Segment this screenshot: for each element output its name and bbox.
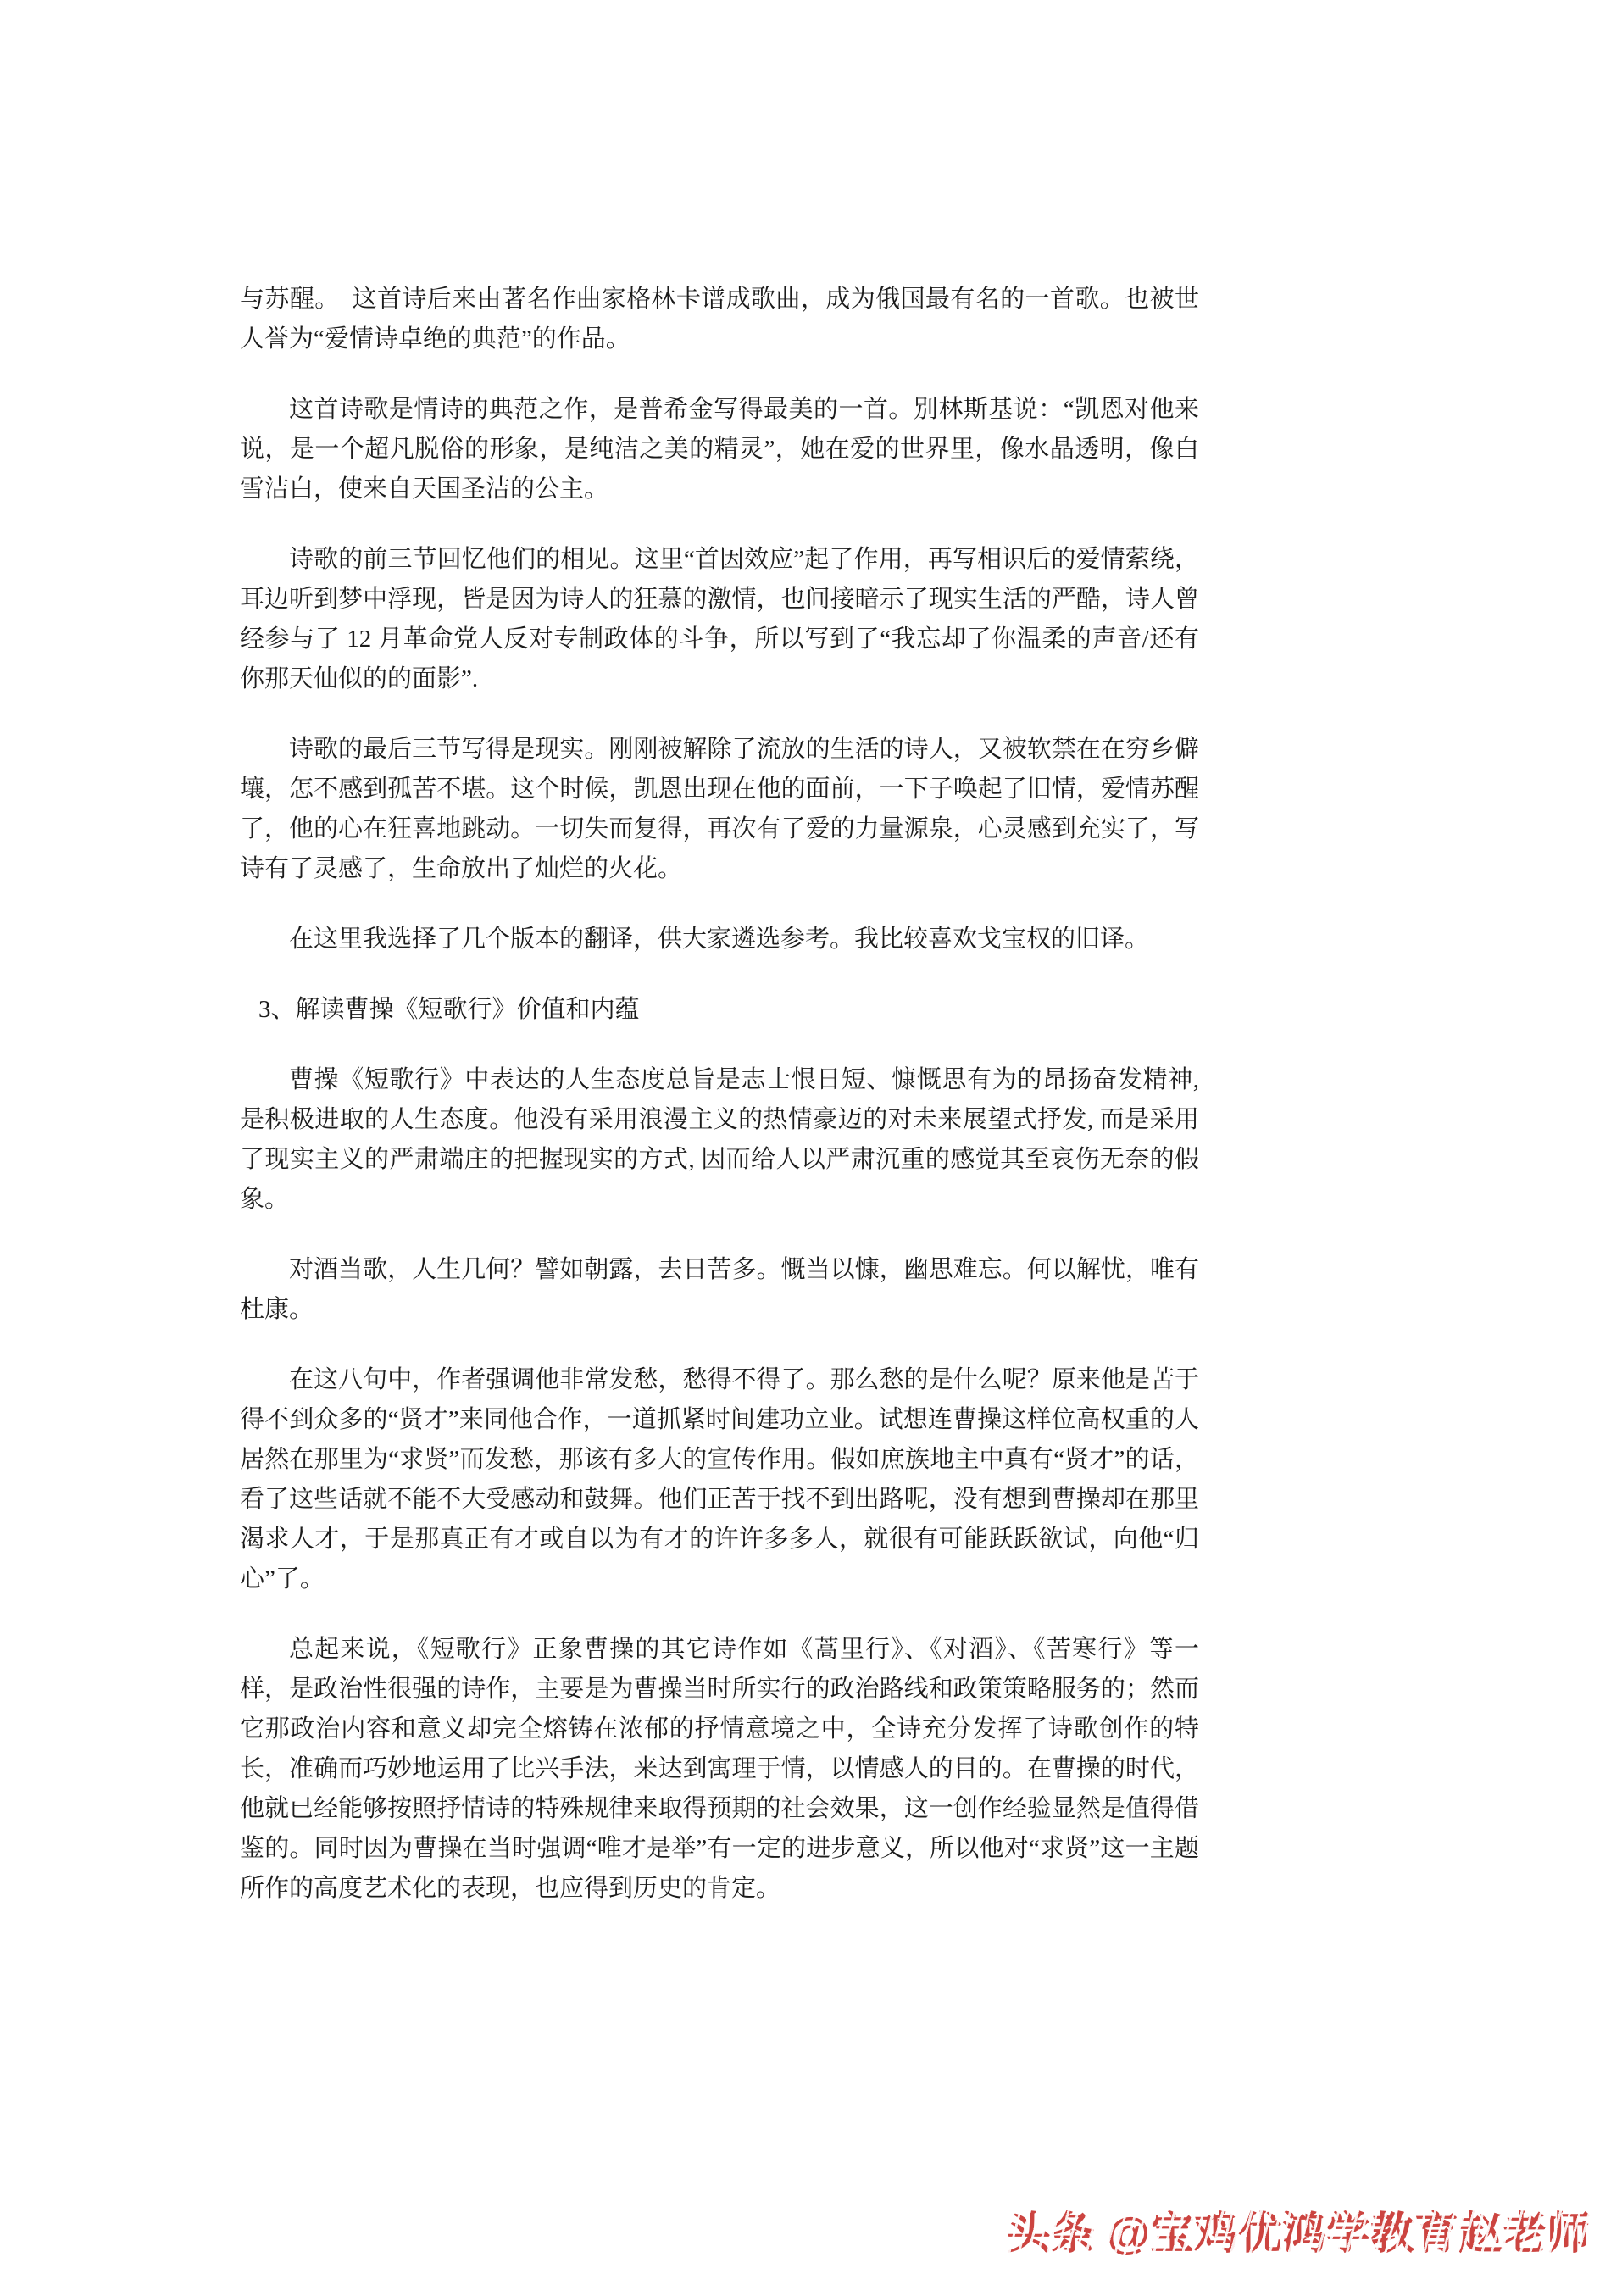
paragraph-p10: 总起来说，《短歌行》正象曹操的其它诗作如《蒿里行》、《对酒》、《苦寒行》等一样，… xyxy=(240,1630,1199,1909)
document-page: 与苏醒。 这首诗后来由著名作曲家格林卡谱成歌曲，成为俄国最有名的一首歌。也被世人… xyxy=(0,0,1622,2296)
paragraph-p7: 曹操《短歌行》中表达的人生态度总旨是志士恨日短、慷慨思有为的昂扬奋发精神, 是积… xyxy=(240,1060,1199,1220)
text-column: 与苏醒。 这首诗后来由著名作曲家格林卡谱成歌曲，成为俄国最有名的一首歌。也被世人… xyxy=(240,280,1199,1939)
paragraph-p5: 在这里我选择了几个版本的翻译，供大家遴选参考。我比较喜欢戈宝权的旧译。 xyxy=(240,920,1199,959)
paragraph-p2: 这首诗歌是情诗的典范之作，是普希金写得最美的一首。别林斯基说：“凯恩对他来说，是… xyxy=(240,390,1199,509)
toutiao-watermark: 头条 @宝鸡优鸿学教育赵老师 xyxy=(1007,2210,1591,2259)
paragraph-p4: 诗歌的最后三节写得是现实。刚刚被解除了流放的生活的诗人，又被软禁在在穷乡僻壤，怎… xyxy=(240,730,1199,889)
paragraph-p9: 在这八句中，作者强调他非常发愁，愁得不得了。那么愁的是什么呢？原来他是苦于得不到… xyxy=(240,1360,1199,1599)
paragraph-p6: 3、解读曹操《短歌行》价值和内蕴 xyxy=(240,990,1199,1030)
paragraph-p1: 与苏醒。 这首诗后来由著名作曲家格林卡谱成歌曲，成为俄国最有名的一首歌。也被世人… xyxy=(240,280,1199,359)
paragraph-p8: 对酒当歌，人生几何？譬如朝露，去日苦多。慨当以慷，幽思难忘。何以解忧，唯有杜康。 xyxy=(240,1250,1199,1330)
paragraph-p3: 诗歌的前三节回忆他们的相见。这里“首因效应”起了作用，再写相识后的爱情萦绕，耳边… xyxy=(240,540,1199,699)
